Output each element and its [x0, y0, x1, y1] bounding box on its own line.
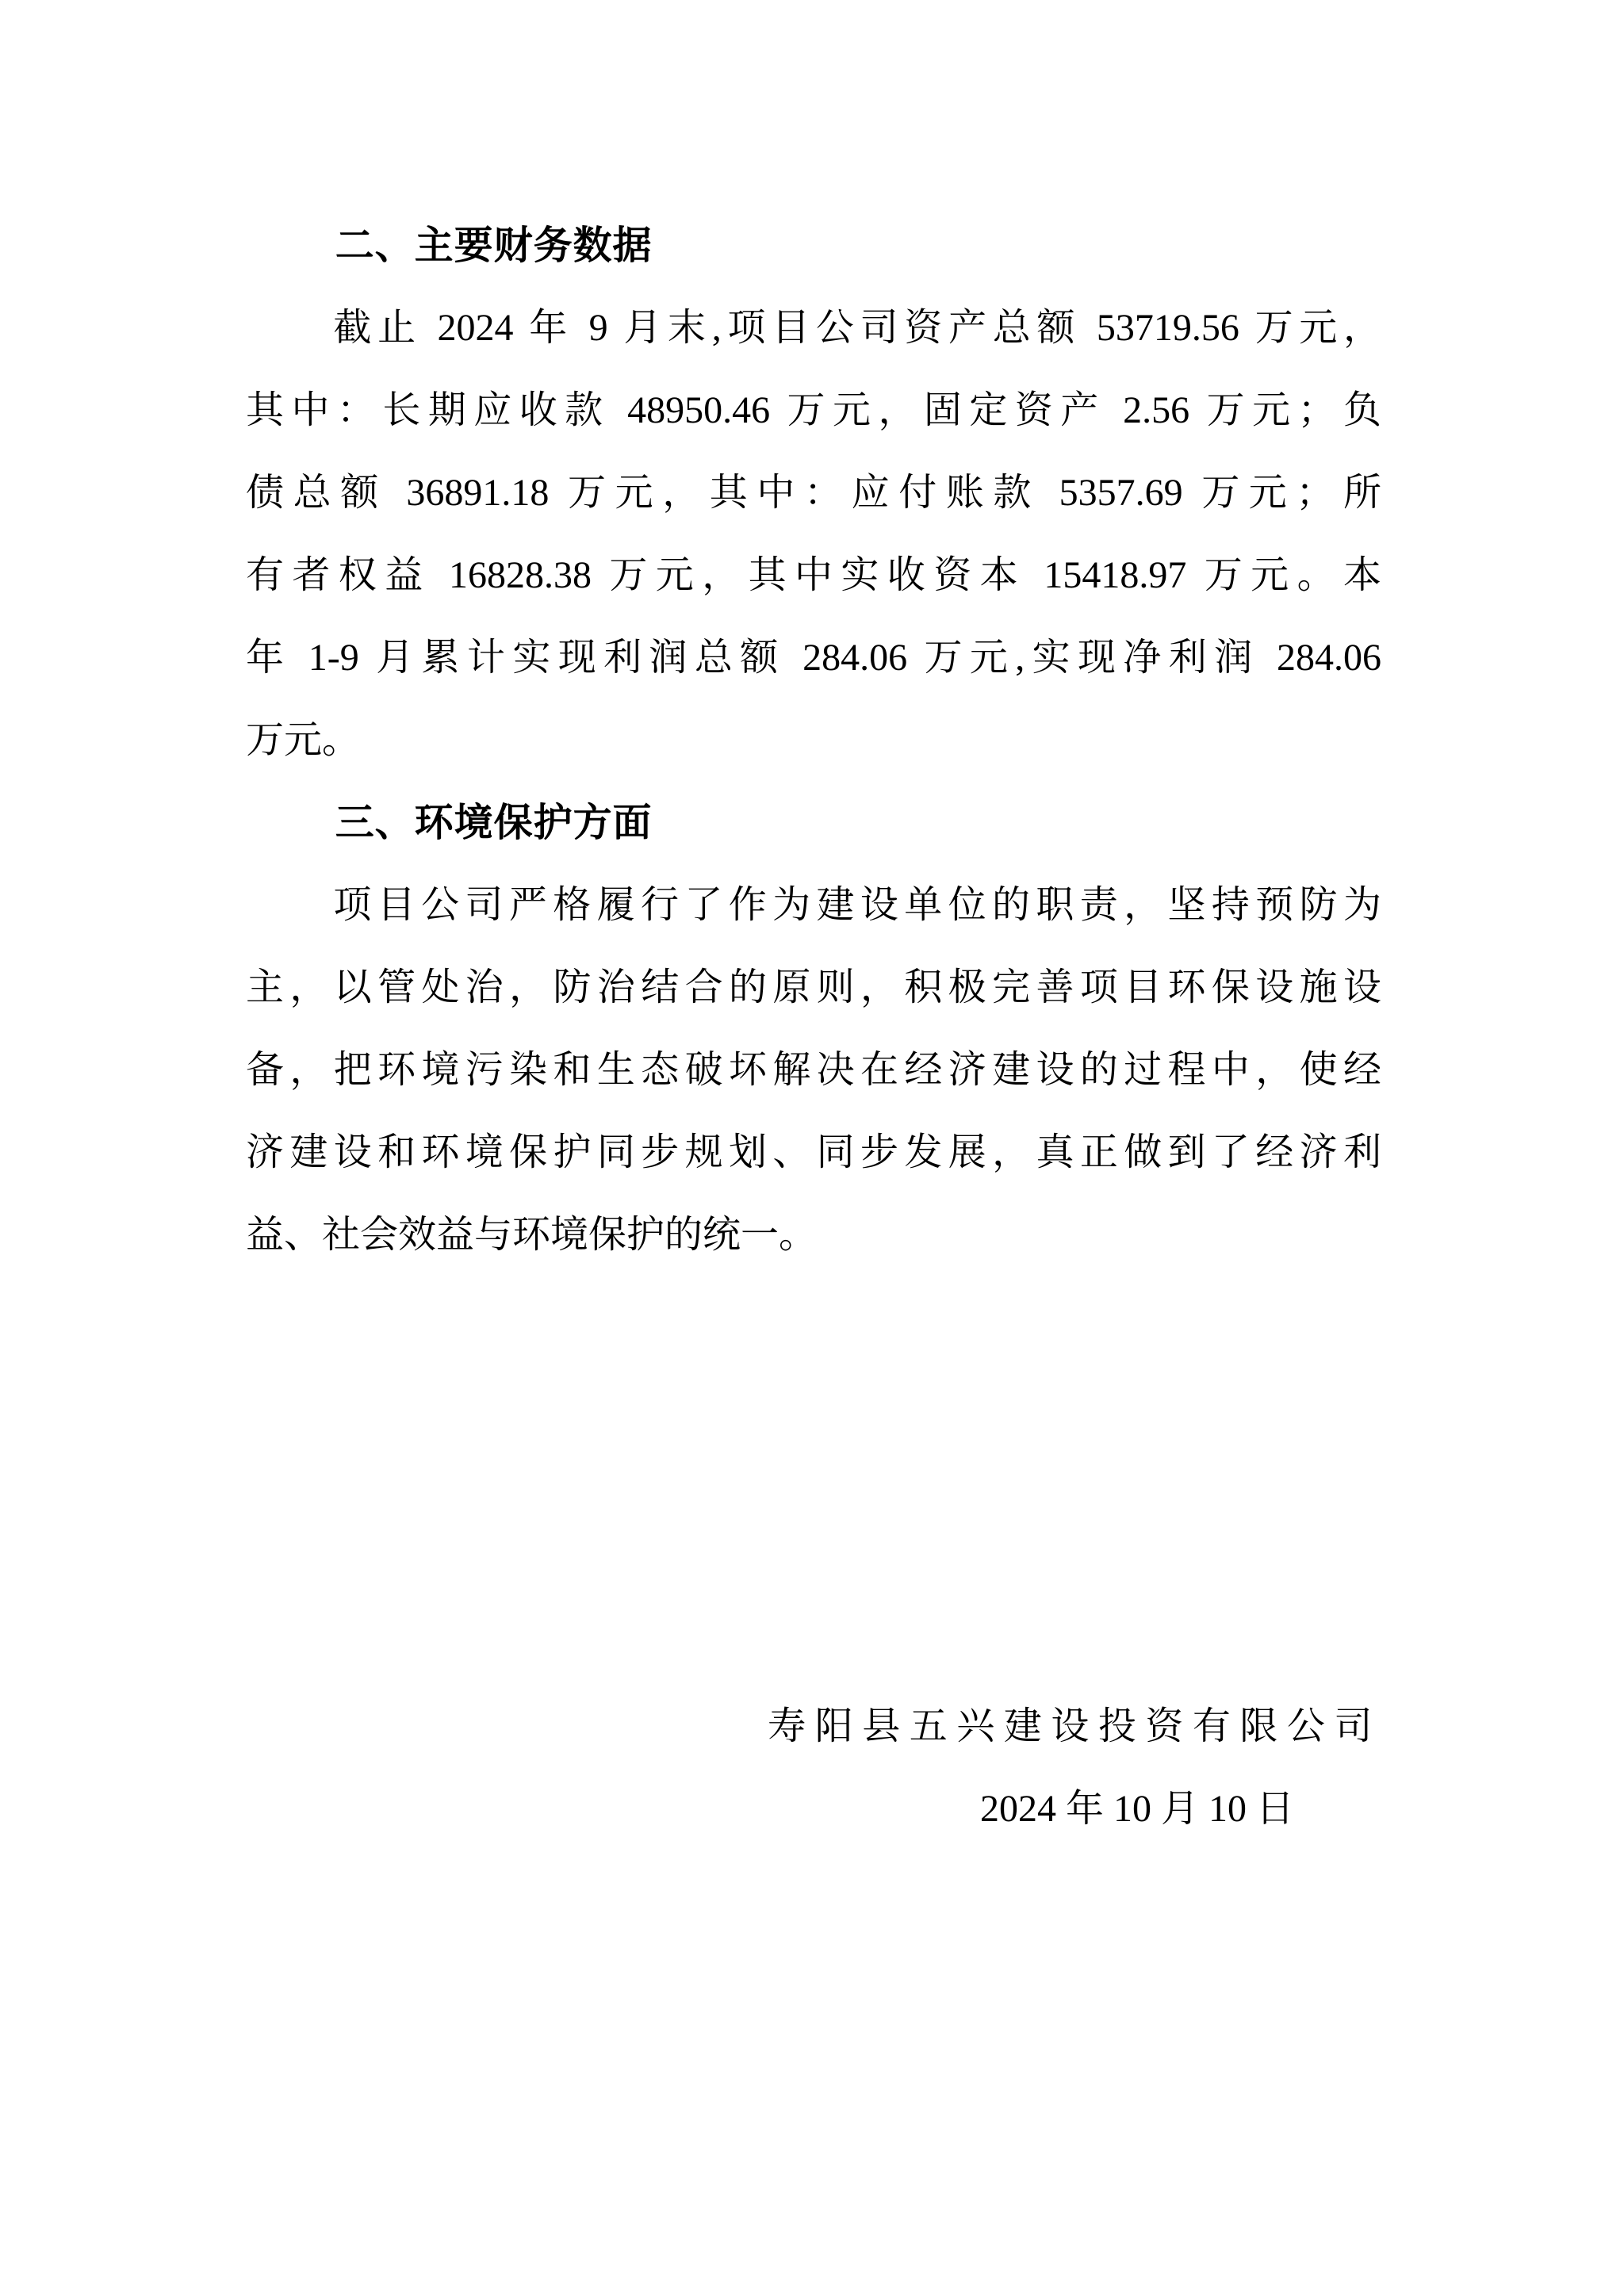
signature-block: 寿阳县五兴建设投资有限公司 2024 年 10 月 10 日	[246, 1686, 1381, 1850]
paragraph-line: 有者权益 16828.38 万元，其中实收资本 15418.97 万元。本	[246, 534, 1381, 617]
paragraph-line: 备，把环境污染和生态破坏解决在经济建设的过程中，使经	[246, 1029, 1381, 1112]
paragraph-line: 济建设和环境保护同步规划、同步发展，真正做到了经济利	[246, 1112, 1381, 1194]
paragraph-line: 其中：长期应收款 48950.46 万元，固定资产 2.56 万元；负	[246, 369, 1381, 452]
paragraph-line: 万元。	[246, 699, 1381, 782]
paragraph-line: 债总额 36891.18 万元，其中：应付账款 5357.69 万元；所	[246, 452, 1381, 534]
paragraph-line: 项目公司严格履行了作为建设单位的职责，坚持预防为	[246, 864, 1381, 947]
signature-date: 2024 年 10 月 10 日	[246, 1768, 1381, 1850]
paragraph-line: 主，以管处治，防治结合的原则，积极完善项目环保设施设	[246, 947, 1381, 1029]
paragraph-line: 年 1-9 月累计实现利润总额 284.06 万元,实现净利润 284.06	[246, 617, 1381, 699]
signature-company-name: 寿阳县五兴建设投资有限公司	[246, 1686, 1381, 1768]
paragraph-line: 截止 2024 年 9 月末,项目公司资产总额 53719.56 万元，	[246, 287, 1381, 369]
paragraph-line: 益、社会效益与环境保护的统一。	[246, 1194, 1381, 1276]
section-heading-financial-data: 二、主要财务数据	[246, 205, 1381, 287]
section-heading-environmental-protection: 三、环境保护方面	[246, 782, 1381, 864]
document-page: 二、主要财务数据 截止 2024 年 9 月末,项目公司资产总额 53719.5…	[0, 0, 1624, 2296]
